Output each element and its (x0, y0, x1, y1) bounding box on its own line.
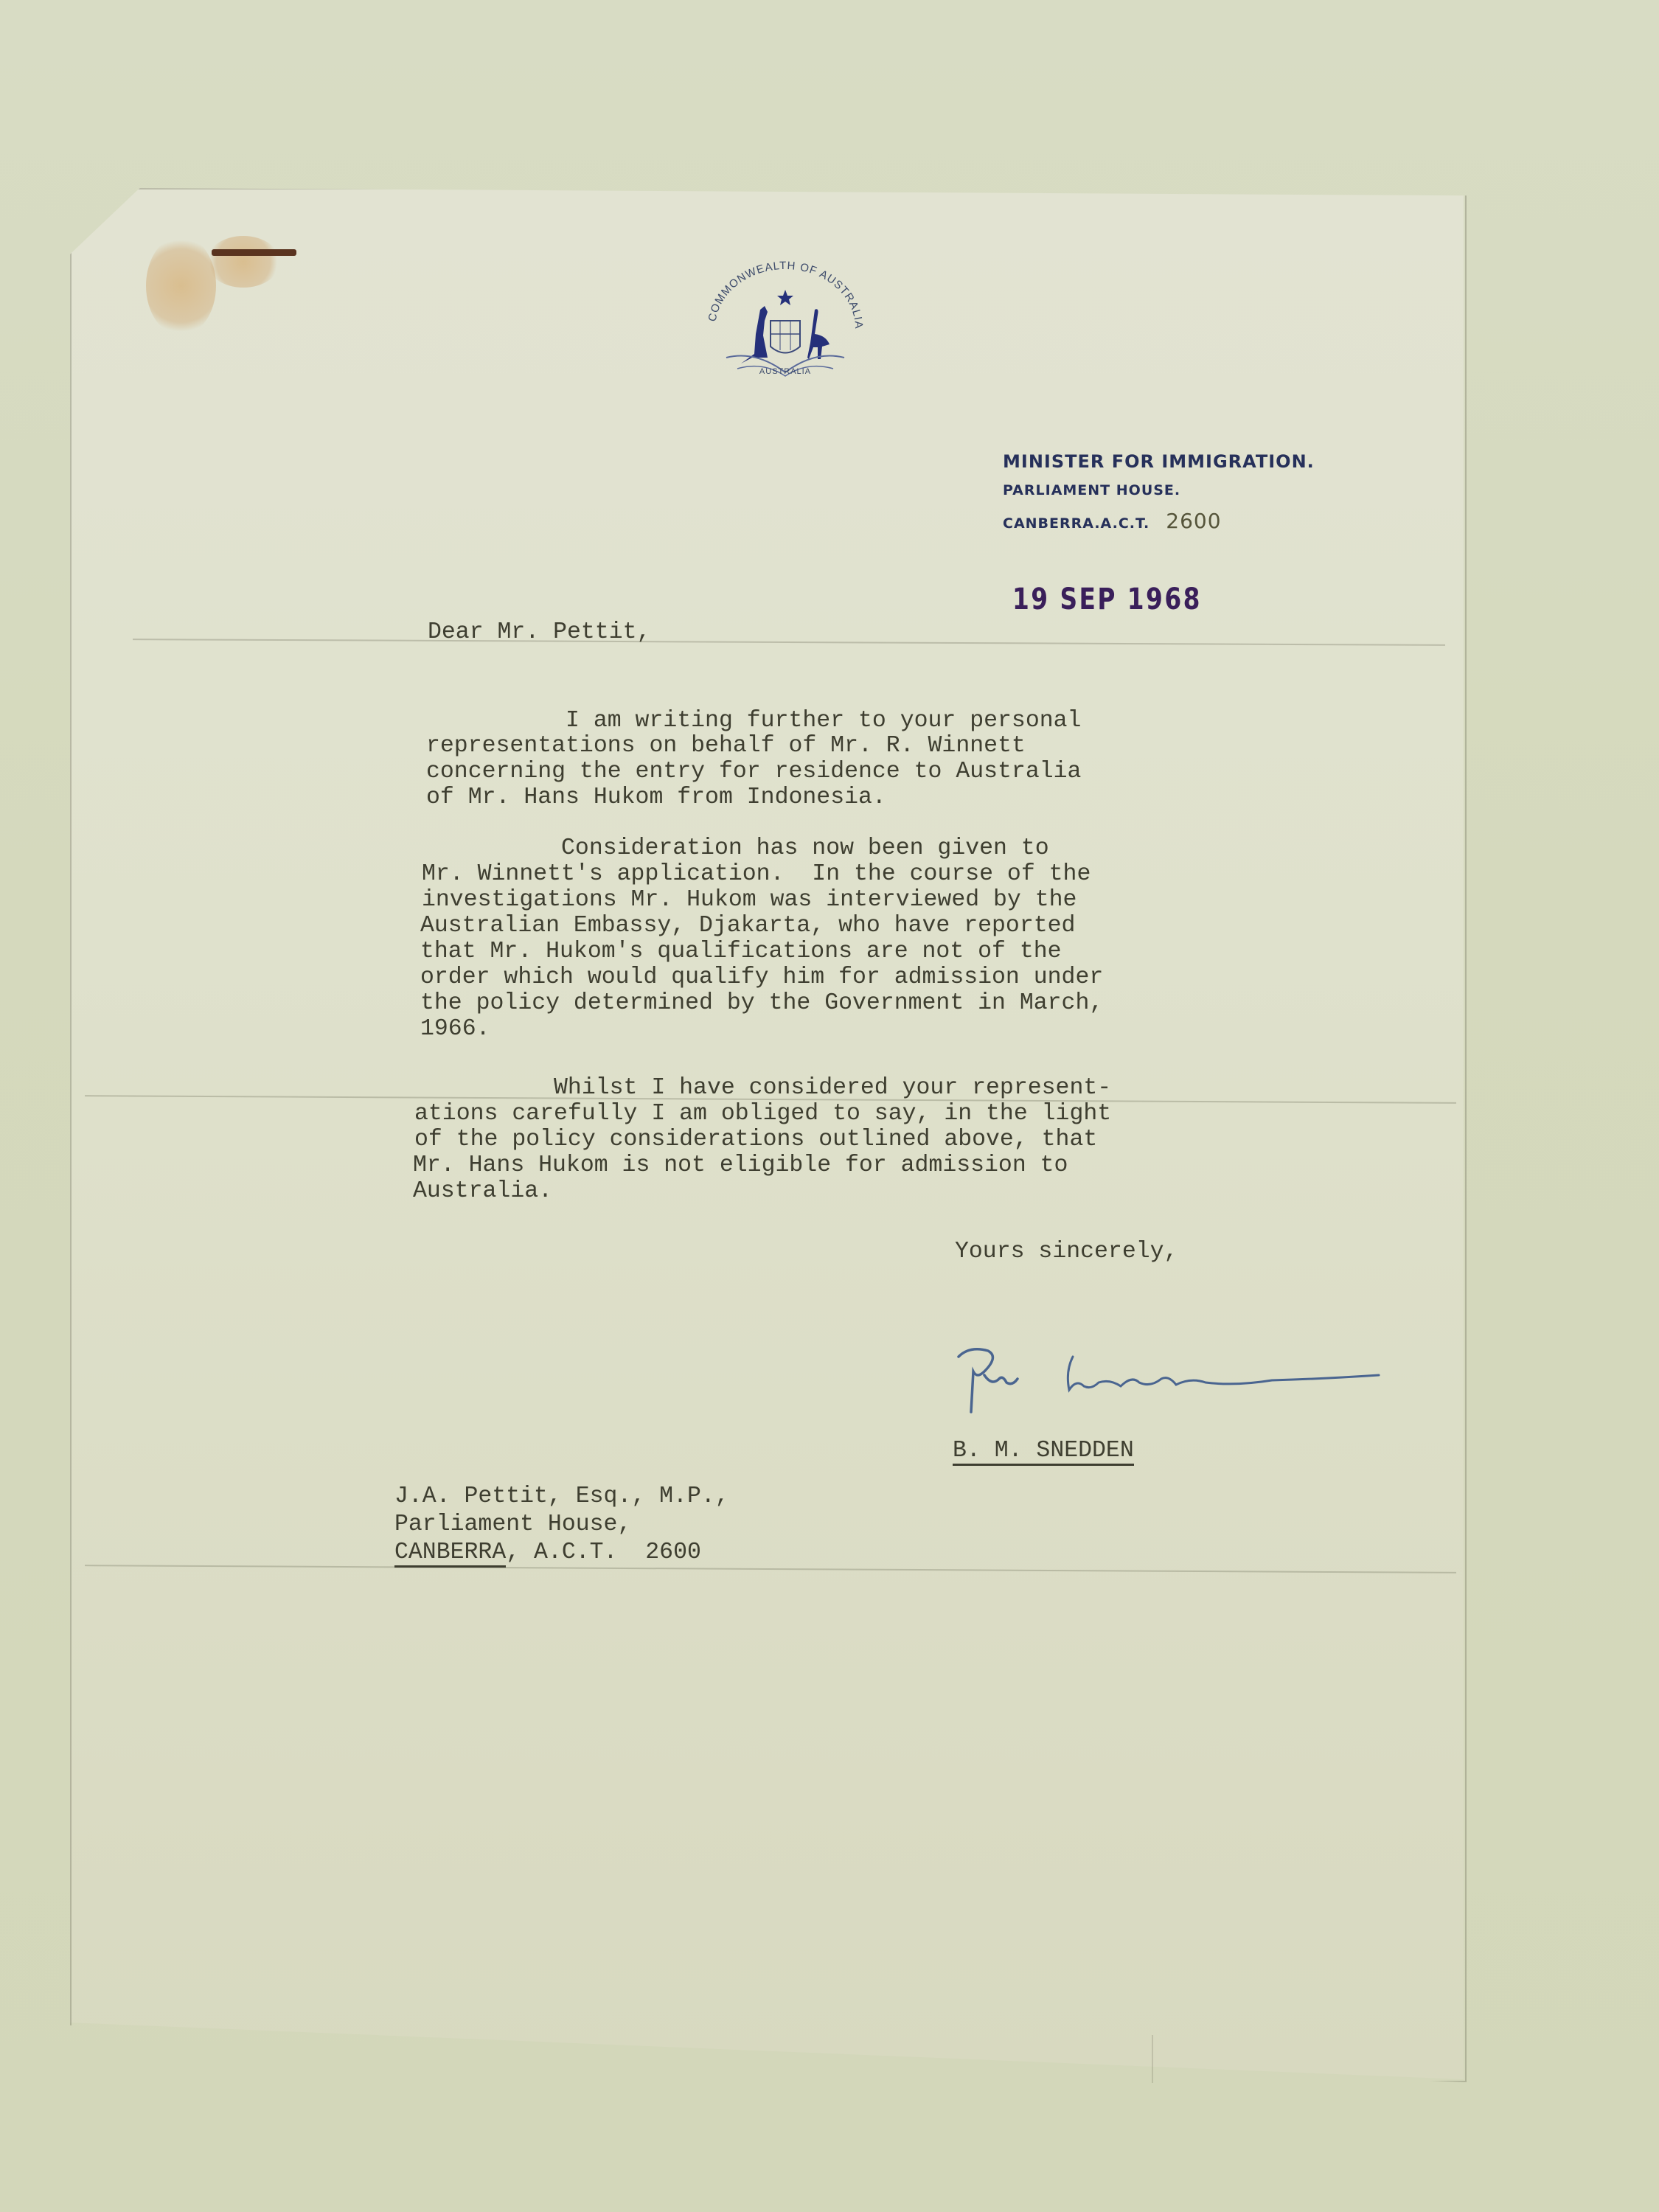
addressee-line-2: Parliament House, (394, 1512, 631, 1538)
letterhead-title: MINISTER FOR IMMIGRATION. (1003, 451, 1315, 472)
paragraph-line: Mr. Hans Hukom is not eligible for admis… (413, 1152, 1068, 1179)
letterhead-address-line: PARLIAMENT HOUSE. (1003, 482, 1315, 498)
letterhead-city-line: CANBERRA.A.C.T.2600 (1003, 509, 1315, 533)
addressee-city: CANBERRA (394, 1540, 506, 1568)
paragraph-line: 1966. (420, 1016, 490, 1043)
paragraph-line: order which would qualify him for admiss… (420, 964, 1103, 991)
rust-stain-left (146, 236, 216, 335)
paragraph-line: of Mr. Hans Hukom from Indonesia. (426, 785, 886, 811)
addressee-line-1: J.A. Pettit, Esq., M.P., (394, 1484, 729, 1510)
coat-of-arms-icon: COMMONWEALTH OF AUSTRALIA AUSTRALIA (697, 247, 874, 387)
date-stamp: 19 SEP 1968 (1012, 582, 1202, 616)
paragraph-line: representations on behalf of Mr. R. Winn… (426, 733, 1026, 759)
letterhead: MINISTER FOR IMMIGRATION. PARLIAMENT HOU… (1003, 451, 1315, 533)
paragraph-line: ations carefully I am obliged to say, in… (414, 1101, 1111, 1127)
closing: Yours sincerely, (955, 1239, 1178, 1265)
signatory-name: B. M. SNEDDEN (953, 1438, 1134, 1464)
signatory-name-text: B. M. SNEDDEN (953, 1438, 1134, 1466)
rust-stain-right (206, 236, 280, 288)
addressee-line-3: CANBERRA, A.C.T. 2600 (394, 1540, 701, 1566)
paragraph-line: Consideration has now been given to (422, 835, 1049, 862)
paragraph-line: Australia. (413, 1178, 552, 1205)
svg-text:AUSTRALIA: AUSTRALIA (759, 367, 811, 376)
handwritten-signature (955, 1342, 1382, 1423)
paragraph-line: I am writing further to your personal (426, 708, 1081, 734)
paragraph-line: Mr. Winnett's application. In the course… (422, 861, 1091, 888)
paragraph-line: the policy determined by the Government … (420, 990, 1103, 1017)
rusted-staple (212, 249, 296, 256)
paragraph-line: Whilst I have considered your represent- (414, 1075, 1111, 1102)
paragraph-line: concerning the entry for residence to Au… (426, 759, 1081, 785)
salutation: Dear Mr. Pettit, (428, 619, 650, 646)
paragraph-line: of the policy considerations outlined ab… (414, 1127, 1097, 1153)
tear-mark (1152, 2035, 1153, 2083)
letterhead-postcode: 2600 (1166, 509, 1221, 533)
letterhead-city: CANBERRA.A.C.T. (1003, 515, 1150, 532)
paragraph-line: that Mr. Hukom's qualifications are not … (420, 939, 1062, 965)
paragraph-line: Australian Embassy, Djakarta, who have r… (420, 913, 1075, 939)
signature-icon (955, 1342, 1382, 1423)
commonwealth-crest: COMMONWEALTH OF AUSTRALIA AUSTRALIA (697, 247, 874, 387)
paragraph-line: investigations Mr. Hukom was interviewed… (422, 887, 1077, 914)
addressee-state-postcode: , A.C.T. 2600 (506, 1540, 701, 1565)
